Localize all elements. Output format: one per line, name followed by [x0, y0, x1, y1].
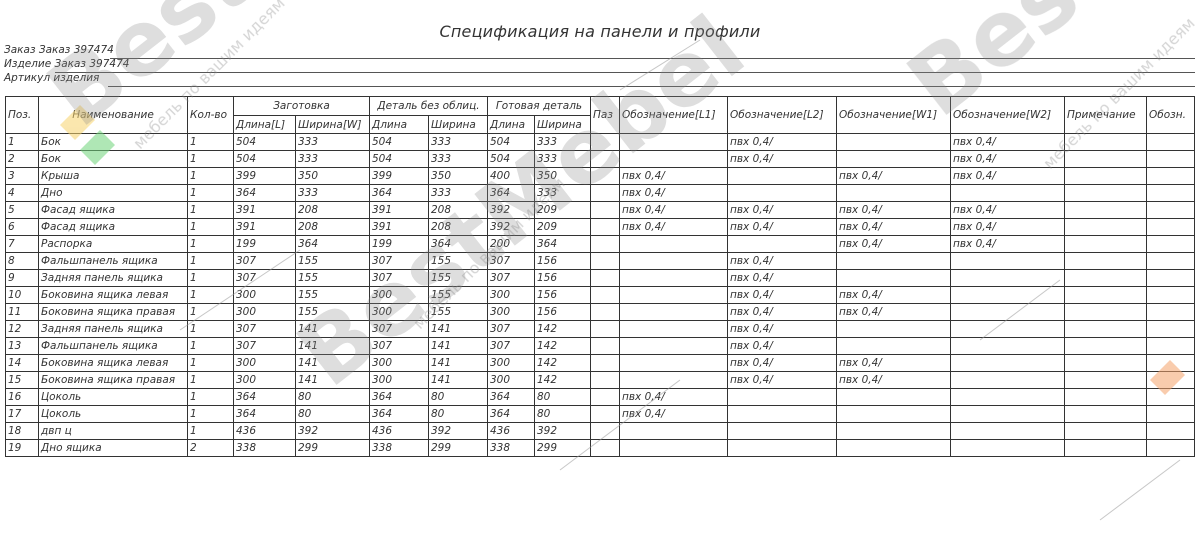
cell-paz: [591, 134, 620, 151]
cell-qty: 1: [188, 304, 234, 321]
header-blank-group: Заготовка: [234, 97, 370, 116]
header-raw-width: Ширина: [429, 116, 488, 134]
cell-raw-length: 300: [370, 372, 429, 389]
cell-note: [1065, 423, 1147, 440]
cell-edge-w1: [837, 134, 951, 151]
cell-edge-l2: пвх 0,4/: [728, 253, 837, 270]
cell-finished-width: 80: [535, 406, 591, 423]
cell-paz: [591, 253, 620, 270]
cell-finished-length: 436: [488, 423, 535, 440]
cell-raw-length: 300: [370, 304, 429, 321]
cell-edge-w1: пвх 0,4/: [837, 219, 951, 236]
header-blank-length: Длина[L]: [234, 116, 296, 134]
table-row: 9Задняя панель ящика1307155307155307156п…: [6, 270, 1195, 287]
order-line: Заказ Заказ 397474: [4, 44, 114, 56]
header-raw-length: Длина: [370, 116, 429, 134]
cell-finished-length: 504: [488, 134, 535, 151]
cell-blank-length: 307: [234, 270, 296, 287]
cell-name: Боковина ящика левая: [39, 287, 188, 304]
cell-raw-width: 333: [429, 151, 488, 168]
cell-blank-length: 436: [234, 423, 296, 440]
cell-desig: [1147, 321, 1195, 338]
cell-note: [1065, 304, 1147, 321]
cell-qty: 1: [188, 406, 234, 423]
cell-paz: [591, 287, 620, 304]
cell-finished-width: 333: [535, 134, 591, 151]
cell-paz: [591, 151, 620, 168]
cell-blank-width: 155: [296, 253, 370, 270]
cell-blank-width: 299: [296, 440, 370, 457]
cell-finished-length: 300: [488, 287, 535, 304]
cell-qty: 1: [188, 202, 234, 219]
cell-note: [1065, 185, 1147, 202]
cell-pos: 7: [6, 236, 39, 253]
cell-paz: [591, 406, 620, 423]
cell-finished-length: 300: [488, 355, 535, 372]
cell-note: [1065, 202, 1147, 219]
cell-raw-width: 364: [429, 236, 488, 253]
cell-pos: 9: [6, 270, 39, 287]
cell-note: [1065, 168, 1147, 185]
table-row: 11Боковина ящика правая13001553001553001…: [6, 304, 1195, 321]
cell-edge-w2: [951, 355, 1065, 372]
header-edge-l2: Обозначение[L2]: [728, 97, 837, 134]
cell-desig: [1147, 406, 1195, 423]
cell-edge-l1: пвх 0,4/: [620, 168, 728, 185]
cell-edge-l2: [728, 423, 837, 440]
cell-finished-length: 307: [488, 321, 535, 338]
cell-pos: 4: [6, 185, 39, 202]
cell-desig: [1147, 168, 1195, 185]
cell-desig: [1147, 219, 1195, 236]
cell-note: [1065, 355, 1147, 372]
cell-edge-w2: пвх 0,4/: [951, 151, 1065, 168]
cell-edge-l1: [620, 236, 728, 253]
cell-raw-width: 392: [429, 423, 488, 440]
cell-finished-length: 392: [488, 202, 535, 219]
cell-finished-width: 156: [535, 270, 591, 287]
cell-blank-width: 208: [296, 202, 370, 219]
product-line: Изделие Заказ 397474: [4, 58, 129, 70]
cell-edge-l1: [620, 253, 728, 270]
header-finished-width: Ширина: [535, 116, 591, 134]
cell-blank-width: 333: [296, 151, 370, 168]
cell-edge-w1: пвх 0,4/: [837, 168, 951, 185]
cell-note: [1065, 372, 1147, 389]
cell-pos: 16: [6, 389, 39, 406]
cell-name: Распорка: [39, 236, 188, 253]
cell-qty: 2: [188, 440, 234, 457]
cell-blank-length: 338: [234, 440, 296, 457]
cell-name: Фальшпанель ящика: [39, 338, 188, 355]
cell-edge-l2: пвх 0,4/: [728, 355, 837, 372]
header-note: Примечание: [1065, 97, 1147, 134]
table-row: 1Бок1504333504333504333пвх 0,4/пвх 0,4/: [6, 134, 1195, 151]
cell-qty: 1: [188, 151, 234, 168]
cell-paz: [591, 440, 620, 457]
cell-edge-w2: [951, 185, 1065, 202]
cell-blank-width: 155: [296, 287, 370, 304]
header-finished-group: Готовая деталь: [488, 97, 591, 116]
cell-finished-width: 156: [535, 287, 591, 304]
cell-raw-width: 155: [429, 287, 488, 304]
cell-blank-width: 141: [296, 321, 370, 338]
cell-raw-length: 307: [370, 270, 429, 287]
cell-edge-l2: пвх 0,4/: [728, 304, 837, 321]
cell-edge-l2: пвх 0,4/: [728, 219, 837, 236]
cell-finished-width: 142: [535, 355, 591, 372]
cell-finished-length: 338: [488, 440, 535, 457]
cell-raw-width: 333: [429, 134, 488, 151]
cell-edge-w2: [951, 406, 1065, 423]
cell-raw-width: 141: [429, 372, 488, 389]
cell-pos: 8: [6, 253, 39, 270]
cell-name: Фасад ящика: [39, 202, 188, 219]
order-underline: [110, 58, 1195, 59]
cell-note: [1065, 270, 1147, 287]
cell-desig: [1147, 253, 1195, 270]
cell-edge-l2: пвх 0,4/: [728, 338, 837, 355]
cell-blank-length: 391: [234, 202, 296, 219]
cell-blank-length: 364: [234, 406, 296, 423]
cell-edge-w2: пвх 0,4/: [951, 236, 1065, 253]
cell-paz: [591, 185, 620, 202]
cell-raw-length: 307: [370, 338, 429, 355]
cell-pos: 12: [6, 321, 39, 338]
table-row: 17Цоколь1364803648036480пвх 0,4/: [6, 406, 1195, 423]
cell-raw-length: 338: [370, 440, 429, 457]
cell-paz: [591, 338, 620, 355]
cell-qty: 1: [188, 253, 234, 270]
cell-desig: [1147, 338, 1195, 355]
cell-raw-width: 299: [429, 440, 488, 457]
cell-pos: 19: [6, 440, 39, 457]
cell-edge-l2: [728, 440, 837, 457]
cell-desig: [1147, 423, 1195, 440]
cell-edge-l1: [620, 355, 728, 372]
cell-blank-width: 141: [296, 338, 370, 355]
cell-paz: [591, 304, 620, 321]
cell-raw-length: 504: [370, 134, 429, 151]
table-row: 18двп ц1436392436392436392: [6, 423, 1195, 440]
header-pos: Поз.: [6, 97, 39, 134]
cell-blank-width: 80: [296, 406, 370, 423]
cell-name: двп ц: [39, 423, 188, 440]
cell-desig: [1147, 185, 1195, 202]
cell-name: Цоколь: [39, 389, 188, 406]
cell-paz: [591, 270, 620, 287]
cell-edge-w2: [951, 440, 1065, 457]
cell-name: Крыша: [39, 168, 188, 185]
cell-name: Бок: [39, 151, 188, 168]
cell-blank-width: 141: [296, 372, 370, 389]
cell-edge-l1: [620, 372, 728, 389]
cell-qty: 1: [188, 219, 234, 236]
cell-qty: 1: [188, 168, 234, 185]
cell-qty: 1: [188, 321, 234, 338]
cell-name: Цоколь: [39, 406, 188, 423]
cell-edge-w1: [837, 270, 951, 287]
header-blank-width: Ширина[W]: [296, 116, 370, 134]
header-edge-w1: Обозначение[W1]: [837, 97, 951, 134]
cell-note: [1065, 151, 1147, 168]
cell-pos: 6: [6, 219, 39, 236]
cell-desig: [1147, 270, 1195, 287]
cell-note: [1065, 440, 1147, 457]
cell-finished-length: 307: [488, 338, 535, 355]
cell-edge-l1: пвх 0,4/: [620, 219, 728, 236]
header-raw-group: Деталь без облиц.: [370, 97, 488, 116]
table-row: 7Распорка1199364199364200364пвх 0,4/пвх …: [6, 236, 1195, 253]
cell-pos: 13: [6, 338, 39, 355]
cell-qty: 1: [188, 338, 234, 355]
table-row: 13Фальшпанель ящика1307141307141307142пв…: [6, 338, 1195, 355]
cell-pos: 17: [6, 406, 39, 423]
cell-finished-width: 142: [535, 321, 591, 338]
cell-edge-w1: [837, 389, 951, 406]
table-row: 3Крыша1399350399350400350пвх 0,4/пвх 0,4…: [6, 168, 1195, 185]
cell-desig: [1147, 151, 1195, 168]
cell-edge-w2: [951, 423, 1065, 440]
cell-blank-length: 364: [234, 185, 296, 202]
cell-desig: [1147, 355, 1195, 372]
cell-raw-length: 391: [370, 202, 429, 219]
cell-note: [1065, 389, 1147, 406]
cell-desig: [1147, 134, 1195, 151]
cell-name: Фасад ящика: [39, 219, 188, 236]
cell-edge-w1: пвх 0,4/: [837, 287, 951, 304]
cell-note: [1065, 236, 1147, 253]
cell-pos: 18: [6, 423, 39, 440]
cell-edge-l2: пвх 0,4/: [728, 270, 837, 287]
cell-blank-length: 504: [234, 151, 296, 168]
cell-edge-l2: [728, 168, 837, 185]
cell-finished-width: 364: [535, 236, 591, 253]
cell-finished-length: 364: [488, 185, 535, 202]
cell-edge-w2: пвх 0,4/: [951, 202, 1065, 219]
cell-edge-w2: [951, 253, 1065, 270]
document-title: Спецификация на панели и профили: [0, 22, 1200, 41]
cell-finished-width: 299: [535, 440, 591, 457]
cell-paz: [591, 355, 620, 372]
cell-raw-length: 199: [370, 236, 429, 253]
cell-blank-width: 155: [296, 270, 370, 287]
cell-blank-width: 392: [296, 423, 370, 440]
cell-edge-w1: пвх 0,4/: [837, 236, 951, 253]
cell-name: Задняя панель ящика: [39, 270, 188, 287]
cell-finished-width: 333: [535, 185, 591, 202]
cell-qty: 1: [188, 236, 234, 253]
cell-raw-length: 300: [370, 287, 429, 304]
cell-finished-width: 80: [535, 389, 591, 406]
cell-blank-length: 300: [234, 355, 296, 372]
cell-raw-width: 141: [429, 321, 488, 338]
cell-finished-width: 156: [535, 304, 591, 321]
cell-edge-w1: [837, 151, 951, 168]
cell-note: [1065, 406, 1147, 423]
cell-raw-length: 391: [370, 219, 429, 236]
cell-note: [1065, 338, 1147, 355]
article-line: Артикул изделия: [4, 72, 99, 84]
cell-desig: [1147, 287, 1195, 304]
cell-qty: 1: [188, 423, 234, 440]
cell-raw-width: 141: [429, 338, 488, 355]
cell-blank-width: 333: [296, 185, 370, 202]
cell-note: [1065, 253, 1147, 270]
cell-edge-l1: [620, 304, 728, 321]
cell-name: Боковина ящика левая: [39, 355, 188, 372]
cell-edge-l1: пвх 0,4/: [620, 202, 728, 219]
cell-edge-l1: [620, 423, 728, 440]
cell-edge-w2: [951, 304, 1065, 321]
cell-raw-length: 364: [370, 389, 429, 406]
table-row: 5Фасад ящика1391208391208392209пвх 0,4/п…: [6, 202, 1195, 219]
cell-edge-l2: пвх 0,4/: [728, 372, 837, 389]
cell-paz: [591, 389, 620, 406]
header-finished-length: Длина: [488, 116, 535, 134]
cell-pos: 5: [6, 202, 39, 219]
cell-finished-width: 350: [535, 168, 591, 185]
table-row: 6Фасад ящика1391208391208392209пвх 0,4/п…: [6, 219, 1195, 236]
cell-finished-length: 300: [488, 304, 535, 321]
cell-edge-w1: пвх 0,4/: [837, 372, 951, 389]
cell-edge-l2: [728, 236, 837, 253]
cell-edge-l1: пвх 0,4/: [620, 389, 728, 406]
cell-pos: 11: [6, 304, 39, 321]
cell-finished-length: 504: [488, 151, 535, 168]
cell-name: Фальшпанель ящика: [39, 253, 188, 270]
cell-desig: [1147, 304, 1195, 321]
cell-edge-l1: пвх 0,4/: [620, 185, 728, 202]
cell-edge-l1: [620, 440, 728, 457]
cell-finished-width: 209: [535, 219, 591, 236]
cell-edge-w1: [837, 338, 951, 355]
cell-qty: 1: [188, 287, 234, 304]
cell-finished-width: 156: [535, 253, 591, 270]
cell-raw-width: 141: [429, 355, 488, 372]
cell-qty: 1: [188, 372, 234, 389]
cell-blank-length: 307: [234, 338, 296, 355]
cell-qty: 1: [188, 389, 234, 406]
table-row: 15Боковина ящика правая13001413001413001…: [6, 372, 1195, 389]
cell-paz: [591, 236, 620, 253]
cell-edge-l2: [728, 185, 837, 202]
cell-finished-width: 333: [535, 151, 591, 168]
cell-finished-length: 364: [488, 389, 535, 406]
cell-blank-length: 504: [234, 134, 296, 151]
cell-blank-length: 364: [234, 389, 296, 406]
cell-blank-length: 300: [234, 304, 296, 321]
table-row: 2Бок1504333504333504333пвх 0,4/пвх 0,4/: [6, 151, 1195, 168]
table-row: 14Боковина ящика левая130014130014130014…: [6, 355, 1195, 372]
cell-finished-length: 392: [488, 219, 535, 236]
cell-edge-w2: [951, 338, 1065, 355]
cell-finished-width: 142: [535, 338, 591, 355]
cell-raw-width: 208: [429, 202, 488, 219]
cell-blank-width: 364: [296, 236, 370, 253]
cell-qty: 1: [188, 134, 234, 151]
cell-edge-w1: [837, 185, 951, 202]
cell-edge-w1: пвх 0,4/: [837, 355, 951, 372]
cell-paz: [591, 168, 620, 185]
header-qty: Кол-во: [188, 97, 234, 134]
cell-name: Бок: [39, 134, 188, 151]
table-body: 1Бок1504333504333504333пвх 0,4/пвх 0,4/2…: [6, 134, 1195, 457]
cell-edge-w2: [951, 287, 1065, 304]
table-row: 4Дно1364333364333364333пвх 0,4/: [6, 185, 1195, 202]
header-edge-l1: Обозначение[L1]: [620, 97, 728, 134]
header-name: Наименование: [39, 97, 188, 134]
cell-edge-l2: пвх 0,4/: [728, 321, 837, 338]
cell-finished-width: 392: [535, 423, 591, 440]
cell-finished-length: 307: [488, 253, 535, 270]
cell-raw-length: 436: [370, 423, 429, 440]
header-paz: Паз: [591, 97, 620, 134]
cell-finished-length: 200: [488, 236, 535, 253]
header-edge-w2: Обозначение[W2]: [951, 97, 1065, 134]
cell-edge-l2: [728, 389, 837, 406]
cell-paz: [591, 321, 620, 338]
cell-paz: [591, 219, 620, 236]
cell-edge-w1: [837, 253, 951, 270]
cell-edge-w2: пвх 0,4/: [951, 134, 1065, 151]
table-row: 16Цоколь1364803648036480пвх 0,4/: [6, 389, 1195, 406]
cell-paz: [591, 423, 620, 440]
cell-pos: 2: [6, 151, 39, 168]
cell-raw-length: 364: [370, 406, 429, 423]
cell-raw-length: 364: [370, 185, 429, 202]
cell-edge-l1: [620, 151, 728, 168]
cell-blank-width: 155: [296, 304, 370, 321]
cell-raw-width: 333: [429, 185, 488, 202]
cell-edge-w1: пвх 0,4/: [837, 304, 951, 321]
cell-edge-l1: [620, 270, 728, 287]
cell-raw-width: 80: [429, 389, 488, 406]
cell-edge-w2: [951, 321, 1065, 338]
cell-edge-l1: пвх 0,4/: [620, 406, 728, 423]
cell-blank-width: 80: [296, 389, 370, 406]
cell-edge-l2: пвх 0,4/: [728, 287, 837, 304]
cell-desig: [1147, 389, 1195, 406]
cell-finished-width: 209: [535, 202, 591, 219]
cell-blank-length: 300: [234, 287, 296, 304]
cell-raw-width: 80: [429, 406, 488, 423]
cell-raw-width: 350: [429, 168, 488, 185]
cell-finished-length: 307: [488, 270, 535, 287]
cell-qty: 1: [188, 355, 234, 372]
cell-blank-length: 399: [234, 168, 296, 185]
cell-desig: [1147, 202, 1195, 219]
cell-pos: 10: [6, 287, 39, 304]
cell-edge-w1: [837, 406, 951, 423]
cell-edge-w2: пвх 0,4/: [951, 219, 1065, 236]
cell-edge-w2: пвх 0,4/: [951, 168, 1065, 185]
cell-finished-length: 364: [488, 406, 535, 423]
cell-desig: [1147, 236, 1195, 253]
cell-finished-width: 142: [535, 372, 591, 389]
cell-name: Дно: [39, 185, 188, 202]
cell-edge-w1: пвх 0,4/: [837, 202, 951, 219]
cell-edge-w1: [837, 440, 951, 457]
cell-blank-length: 300: [234, 372, 296, 389]
cell-blank-width: 208: [296, 219, 370, 236]
cell-blank-length: 307: [234, 321, 296, 338]
table-row: 10Боковина ящика левая130015530015530015…: [6, 287, 1195, 304]
cell-edge-w1: [837, 321, 951, 338]
cell-name: Боковина ящика правая: [39, 304, 188, 321]
cell-blank-length: 391: [234, 219, 296, 236]
cell-pos: 15: [6, 372, 39, 389]
